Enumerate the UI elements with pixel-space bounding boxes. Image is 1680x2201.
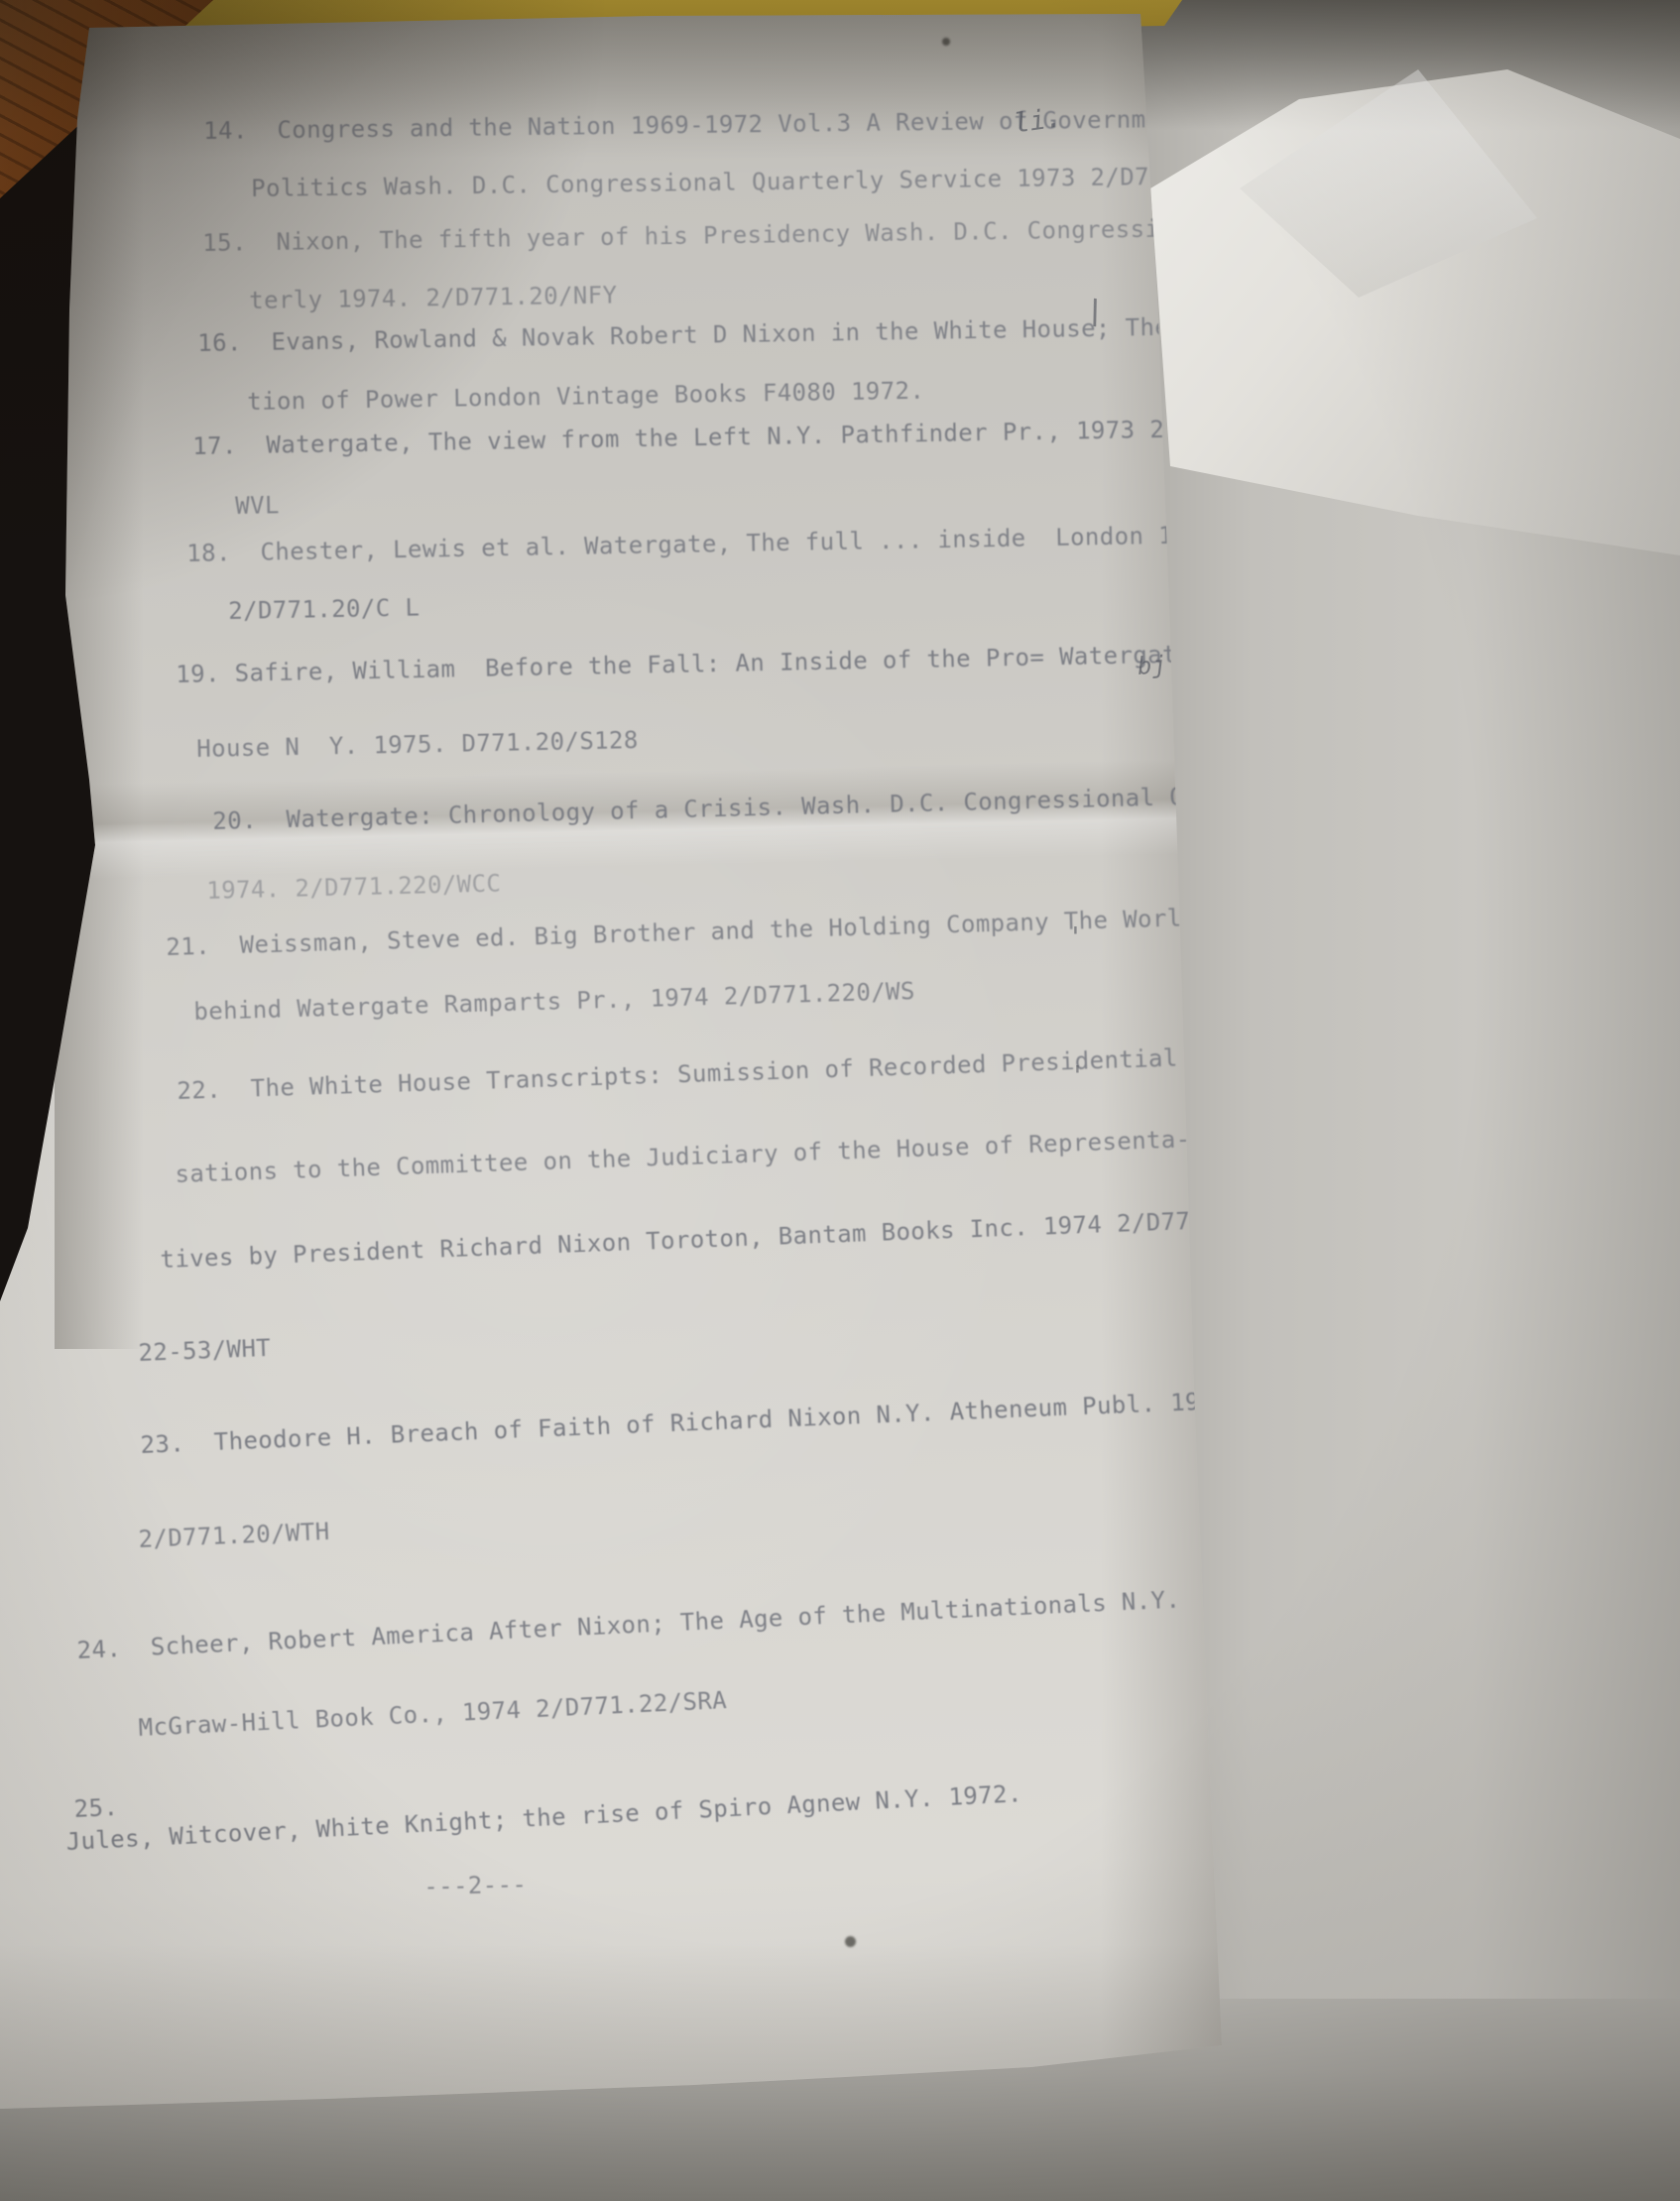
bib-entry-22-line-4: 22-53/WHT <box>138 1334 272 1367</box>
bib-entry-21-line-2: behind Watergate Ramparts Pr., 1974 2/D7… <box>193 977 915 1026</box>
bib-entry-16-line-2: tion of Power London Vintage Books F4080… <box>247 377 924 416</box>
bib-entry-20-line-1: 20. Watergate: Chronology of a Crisis. W… <box>212 780 1302 835</box>
bib-entry-14-line-1: 14. Congress and the Nation 1969-1972 Vo… <box>203 104 1250 145</box>
bib-entry-24-line-2: McGraw-Hill Book Co., 1974 2/D771.22/SRA <box>138 1686 728 1742</box>
bib-entry-23-line-1: 23. Theodore H. Breach of Faith of Richa… <box>140 1387 1230 1459</box>
bib-entry-14-line-2: Politics Wash. D.C. Congressional Quarte… <box>251 162 1267 202</box>
bib-entry-16-line-1: 16. Evans, Rowland & Novak Robert D Nixo… <box>197 311 1302 357</box>
bib-entry-17-line-1: 17. Watergate, The view from the Left N.… <box>192 413 1312 460</box>
bib-entry-25-line-2: Jules, Witcover, White Knight; the rise … <box>65 1779 1022 1856</box>
bib-entry-23-line-2: 2/D771.20/WTH <box>138 1518 330 1553</box>
bib-entry-22-line-2: sations to the Committee on the Judiciar… <box>175 1125 1191 1188</box>
ink-dot <box>845 1936 856 1947</box>
bib-entry-19-line-2: House N Y. 1975. D771.20/S128 <box>196 726 639 763</box>
page-number: ---2--- <box>423 1871 528 1900</box>
page-left-shadow <box>55 0 144 1349</box>
bib-entry-24-line-1: 24. Scheer, Robert America After Nixon; … <box>76 1586 1181 1664</box>
bib-entry-22-line-1: 22. The White House Transcripts: Sumissi… <box>177 1040 1296 1105</box>
bib-entry-15-line-1: 15. Nixon, The fifth year of his Preside… <box>202 212 1307 257</box>
bib-entry-19-line-1: 19. Safire, William Before the Fall: An … <box>176 639 1280 688</box>
bib-entry-25-line-1: 25. <box>73 1793 119 1823</box>
handwritten-tick-line22: ' <box>1067 920 1084 953</box>
handwritten-note-line21: bj <box>1137 651 1167 680</box>
bib-entry-18-line-1: 18. Chester, Lewis et al. Watergate, The… <box>186 521 1233 567</box>
bib-entry-21-line-1: 21. Weissman, Steve ed. Big Brother and … <box>166 904 1197 961</box>
bib-entry-22-line-3: tives by President Richard Nixon Toroton… <box>160 1206 1220 1274</box>
bib-entry-18-line-2: 2/D771.20/C L <box>228 593 420 625</box>
photographed-document: 14. Congress and the Nation 1969-1972 Vo… <box>0 0 1680 2201</box>
bib-entry-17-line-2: WVL <box>235 491 280 520</box>
bib-entry-20-line-2: 1974. 2/D771.220/WCC <box>206 869 502 905</box>
handwritten-tick-line23: ' <box>1069 1059 1086 1092</box>
bib-entry-15-line-2: terly 1974. 2/D771.20/NFY <box>249 281 618 314</box>
ink-speck <box>942 38 950 46</box>
